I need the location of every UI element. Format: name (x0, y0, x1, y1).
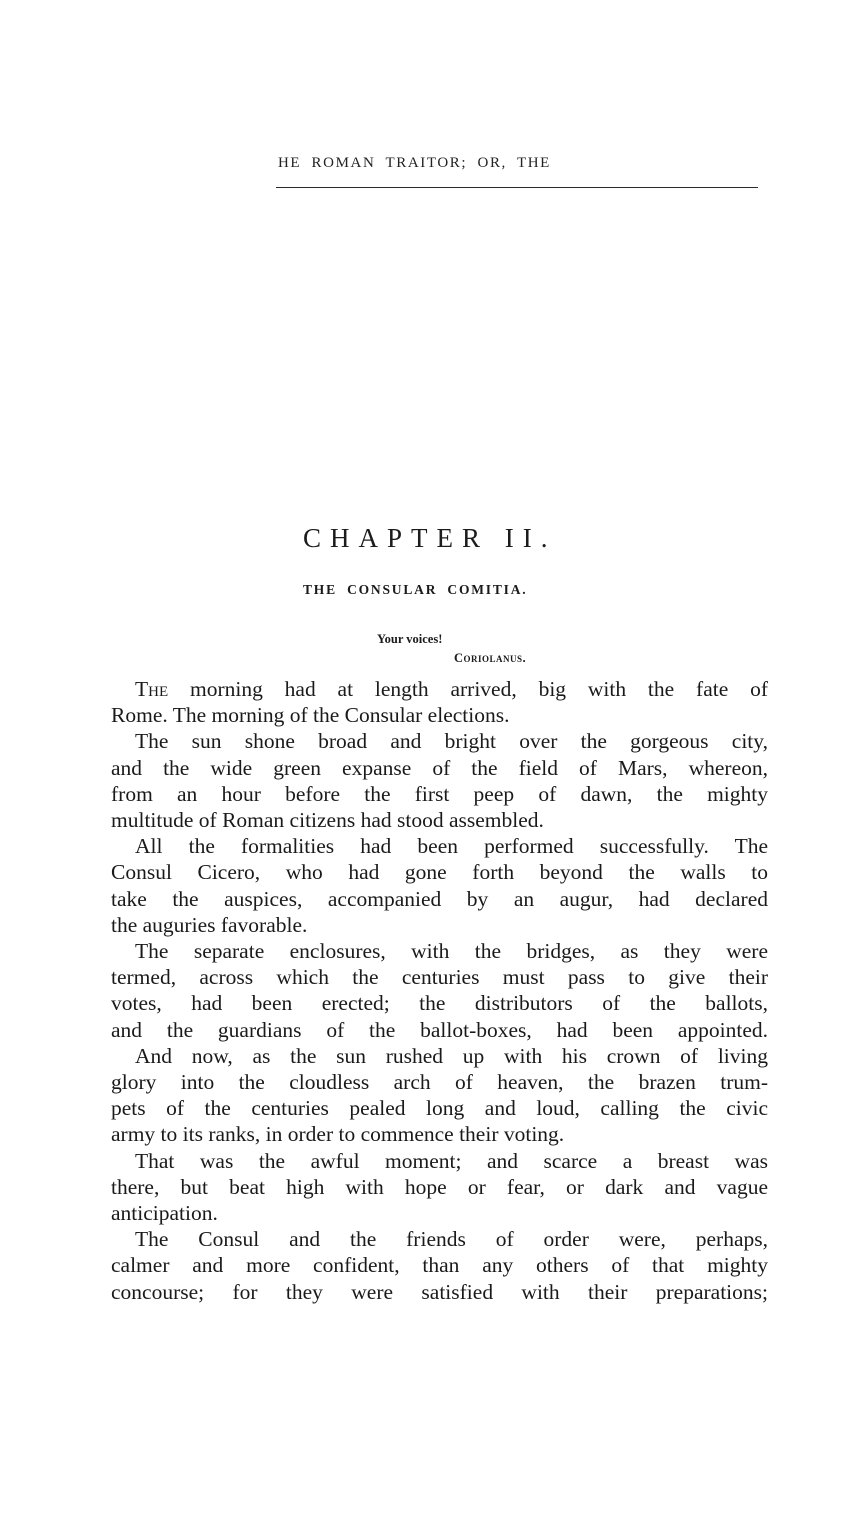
paragraph-1-line-2: Rome. The morning of the Consular electi… (111, 702, 768, 728)
paragraph-6-line-1: That was the awful moment; and scarce a … (111, 1148, 768, 1174)
paragraph-3-line-4: the auguries favorable. (111, 912, 768, 938)
paragraph-7-line-2: calmer and more confident, than any othe… (111, 1252, 768, 1278)
paragraph-5-line-1: And now, as the sun rushed up with his c… (111, 1043, 768, 1069)
paragraph-4-line-2: termed, across which the centuries must … (111, 964, 768, 990)
paragraph-7-line-3: concourse; for they were satisfied with … (111, 1279, 768, 1305)
epigraph-quote: Your voices! (377, 630, 526, 649)
paragraph-4-line-3: votes, had been erected; the distributor… (111, 990, 768, 1016)
paragraph-5-line-3: pets of the centuries pealed long and lo… (111, 1095, 768, 1121)
header-rule (276, 187, 758, 188)
chapter-title: CHAPTER II. (303, 523, 557, 554)
paragraph-3-line-1: All the formalities had been performed s… (111, 833, 768, 859)
paragraph-2-line-3: from an hour before the first peep of da… (111, 781, 768, 807)
paragraph-1-line-1: The morning had at length arrived, big w… (111, 676, 768, 702)
body-text: The morning had at length arrived, big w… (111, 676, 768, 1305)
paragraph-4-line-1: The separate enclosures, with the bridge… (111, 938, 768, 964)
chapter-subtitle: THE CONSULAR COMITIA. (303, 582, 527, 598)
paragraph-2-line-4: multitude of Roman citizens had stood as… (111, 807, 768, 833)
paragraph-6-line-2: there, but beat high with hope or fear, … (111, 1174, 768, 1200)
paragraph-2-line-2: and the wide green expanse of the field … (111, 755, 768, 781)
drop-smallcaps: he (148, 677, 168, 701)
epigraph-attribution: Coriolanus. (377, 649, 526, 668)
paragraph-5-line-4: army to its ranks, in order to commence … (111, 1121, 768, 1147)
paragraph-5-line-2: glory into the cloudless arch of heaven,… (111, 1069, 768, 1095)
paragraph-3-line-2: Consul Cicero, who had gone forth beyond… (111, 859, 768, 885)
paragraph-6-line-3: anticipation. (111, 1200, 768, 1226)
paragraph-7-line-1: The Consul and the friends of order were… (111, 1226, 768, 1252)
paragraph-4-line-4: and the guardians of the ballot-boxes, h… (111, 1017, 768, 1043)
paragraph-2-line-1: The sun shone broad and bright over the … (111, 728, 768, 754)
paragraph-3-line-3: take the auspices, accompanied by an aug… (111, 886, 768, 912)
running-head: HE ROMAN TRAITOR; OR, THE (278, 155, 551, 172)
epigraph: Your voices! Coriolanus. (377, 630, 526, 668)
